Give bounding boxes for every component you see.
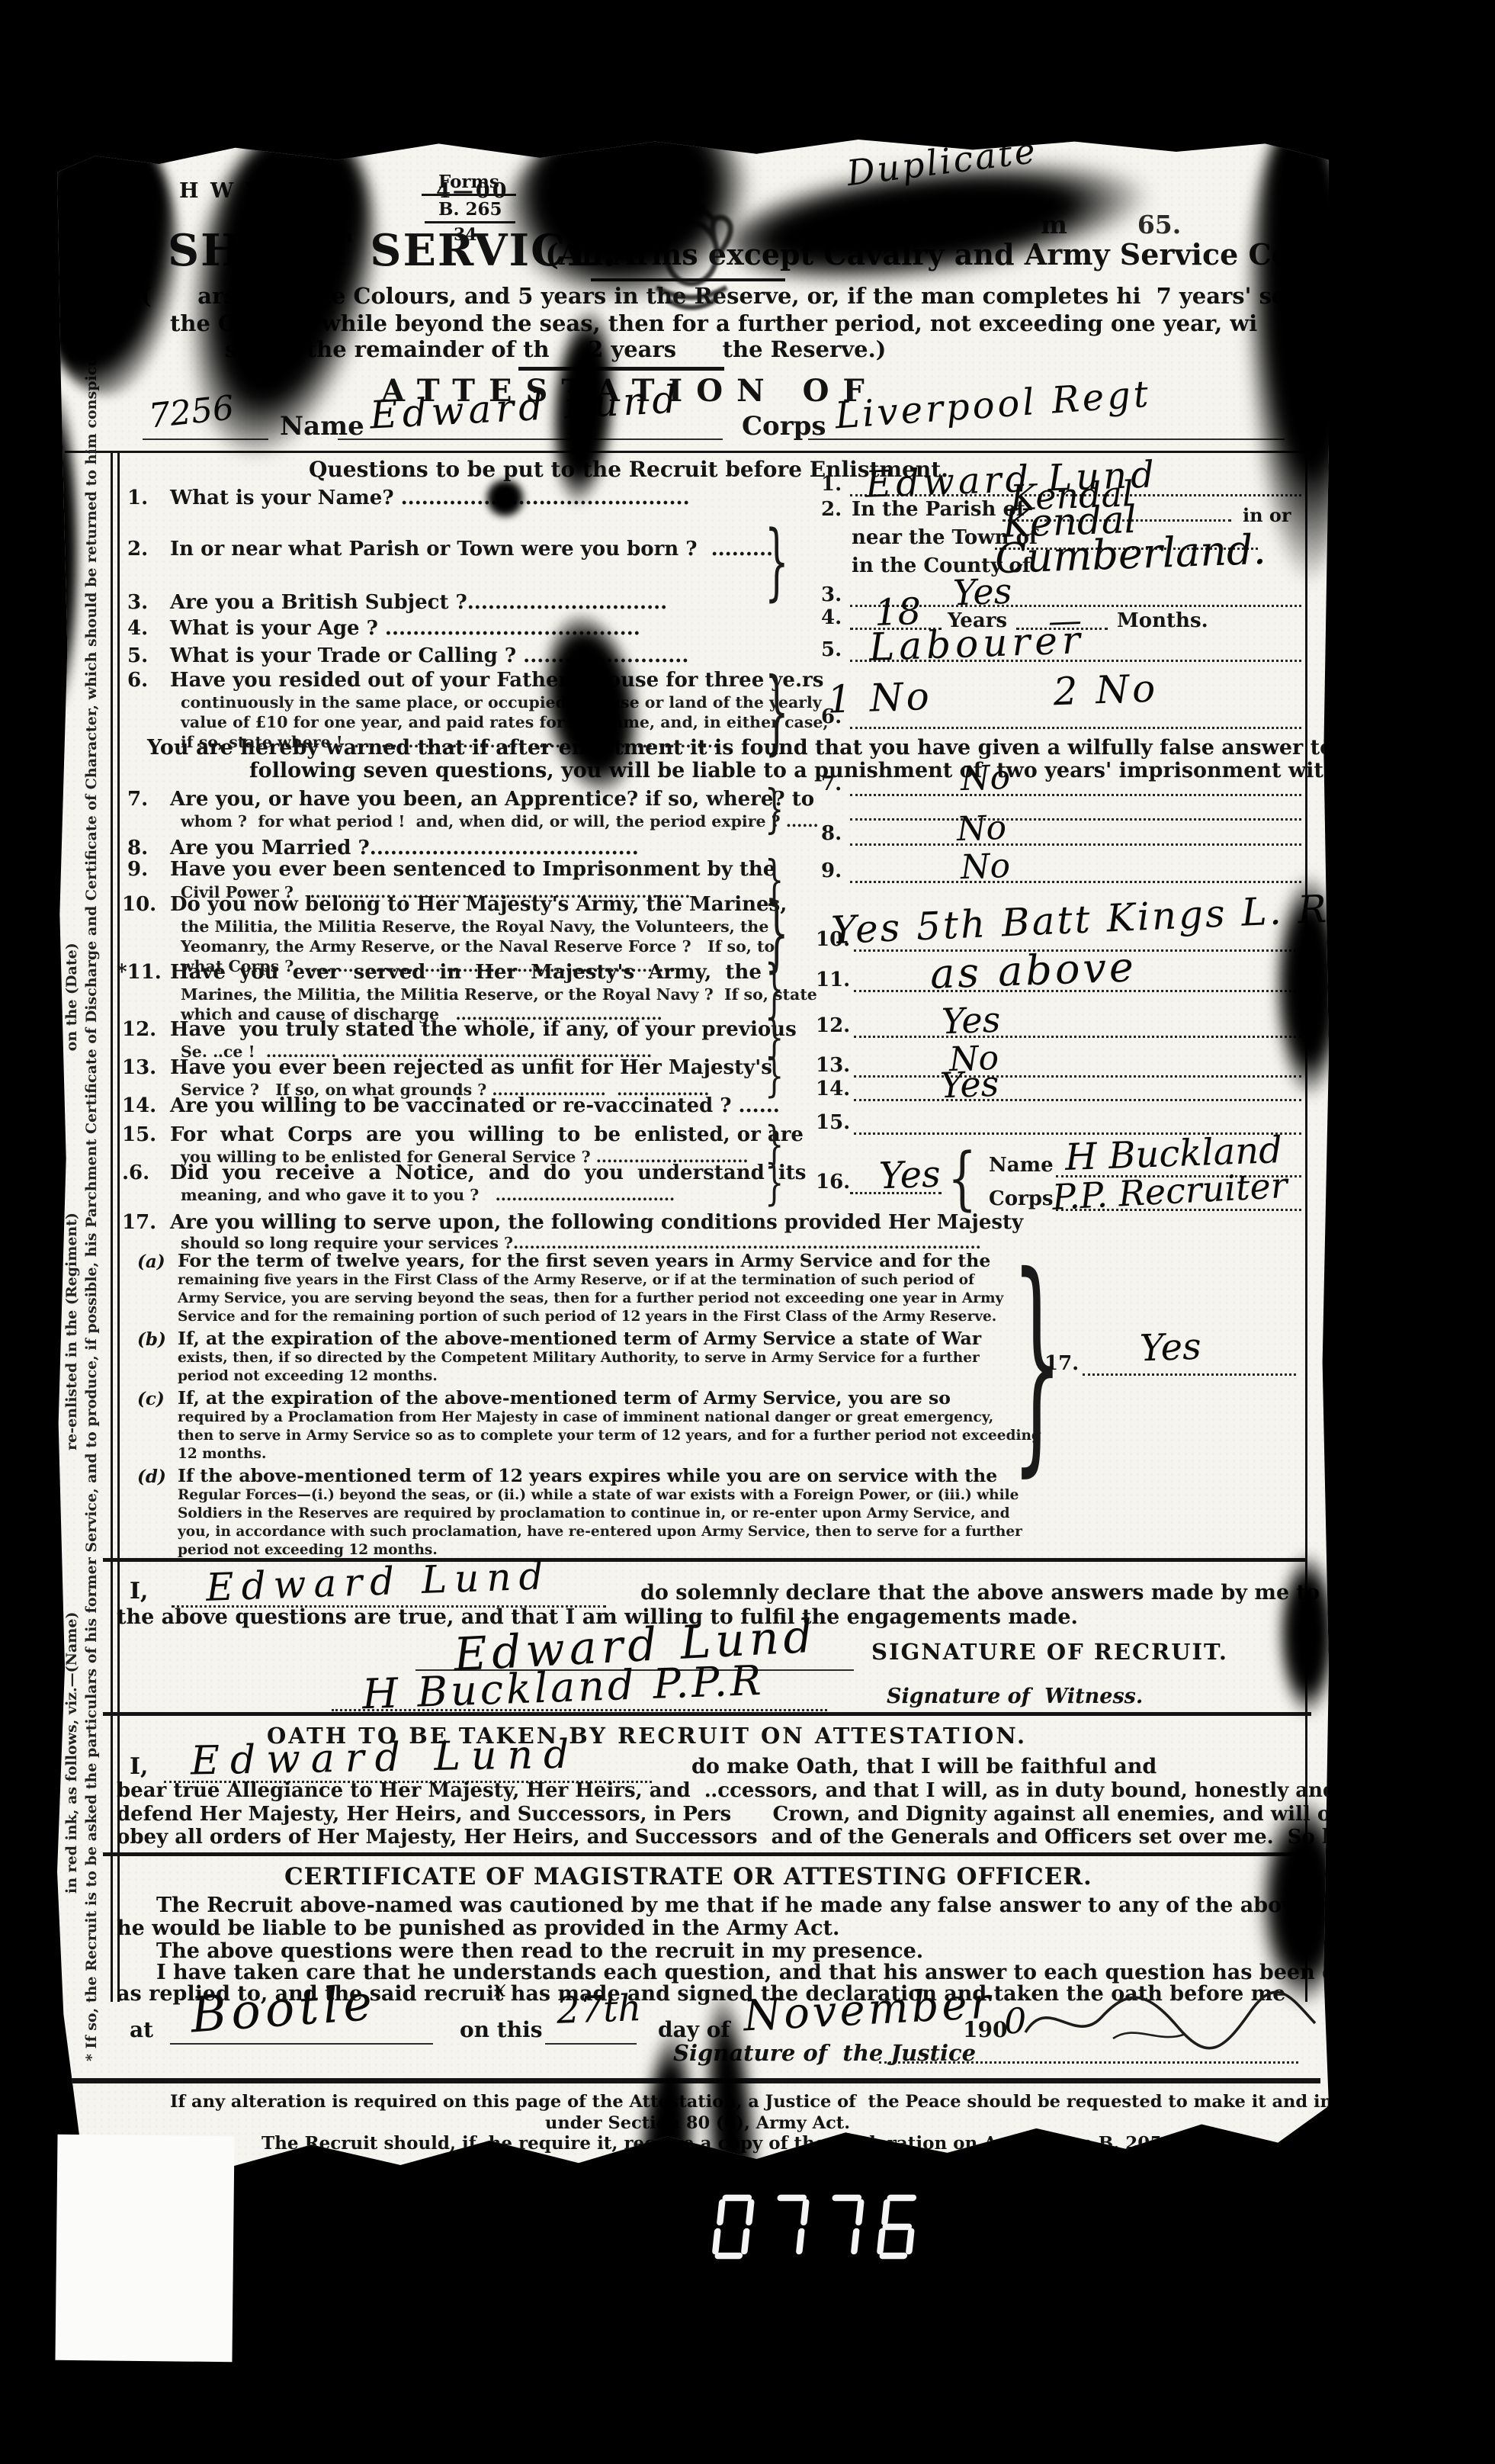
a16-corps-label: Corps: [989, 1187, 1054, 1210]
counter-display: 0776: [709, 2190, 938, 2270]
q13-text: Have you ever been rejected as unfit for…: [170, 1056, 772, 1079]
a13-line: [854, 1075, 1301, 1078]
q7-text: Are you, or have you been, an Apprentice…: [170, 788, 814, 811]
cert-at-label: at: [130, 2017, 153, 2042]
signature-of-witness-label: Signature of Witness.: [887, 1685, 1143, 1708]
a9-value: No: [960, 846, 1011, 887]
q17-num: 17.: [122, 1211, 156, 1234]
cert-p2: The above questions were then read to th…: [156, 1939, 923, 1963]
a12-line: [854, 1036, 1301, 1038]
q8-text: Are you Married ?.......................…: [170, 837, 639, 859]
q8-num: 8.: [127, 837, 148, 859]
ink-blot-right-cert: [1258, 1794, 1342, 2008]
a14-value: Yes: [939, 1063, 999, 1107]
scanned-attestation-page: { "glyphs": {"rbrace": "}", "lbrace": "{…: [0, 0, 1495, 2464]
cond-a-1: remaining five years in the First Class …: [178, 1272, 974, 1288]
q6-sub1: continuously in the same place, or occup…: [181, 693, 822, 712]
a8-value: No: [956, 808, 1007, 849]
cond-c-letter: (c): [137, 1389, 165, 1409]
q3-num: 3.: [127, 591, 148, 614]
q5-num: 5.: [127, 644, 148, 667]
a16-brace: {: [948, 1145, 977, 1213]
q6-sub2: value of £10 for one year, and paid rate…: [181, 713, 829, 731]
name-underline: [338, 439, 723, 440]
q9-num: 9.: [127, 858, 148, 881]
a16-num: 16.: [816, 1171, 850, 1193]
cond-a-2: Army Service, you are serving beyond the…: [178, 1290, 1003, 1306]
cond-d-3: you, in accordance with such proclamatio…: [178, 1524, 1022, 1540]
corps-value: Liverpool Regt: [834, 373, 1153, 438]
oath-body-2: bear true Allegiance to Her Majesty, Her…: [117, 1779, 1445, 1802]
q16-text: Did you receive a Notice, and do you und…: [170, 1161, 806, 1184]
cond-d-lead: If the above-mentioned term of 12 years …: [178, 1465, 997, 1486]
cond-b-lead: If, at the expiration of the above-menti…: [178, 1328, 981, 1349]
ink-blot-left-edge: [38, 391, 80, 712]
q9-text: Have you ever been sentenced to Imprison…: [170, 858, 775, 881]
q1-text: What is your Name? ....................‥…: [170, 487, 690, 509]
cond-d-2: Soldiers in the Reserves are required by…: [178, 1505, 1010, 1521]
oath-body-1: do make Oath, that I will be faithful an…: [691, 1755, 1157, 1778]
cond-b-2: period not exceeding 12 months.: [178, 1368, 438, 1384]
a5-num: 5.: [821, 638, 842, 661]
q10-num: 10.: [122, 893, 156, 916]
decl-name: Edward Lund: [205, 1553, 551, 1610]
q17-text: Are you willing to serve upon, the follo…: [170, 1211, 1023, 1234]
q7-sub1: whom ? for what period ! and, when did, …: [181, 812, 819, 830]
ink-smear-duplicate: [723, 137, 1160, 302]
oath-i: I,: [130, 1753, 148, 1780]
q16-num: .6.: [122, 1161, 149, 1184]
a11-num: 11.: [816, 969, 850, 991]
q11-sub1: Marines, the Militia, the Militia Reserv…: [181, 985, 817, 1004]
a6-value: 1 No 2 No: [826, 666, 1159, 721]
decl-body-1: do solemnly declare that the above answe…: [640, 1581, 1320, 1605]
cert-day-value: 27th: [556, 1987, 642, 2032]
corps-label: Corps: [742, 411, 826, 442]
a3-num: 3.: [821, 583, 842, 606]
q10-sub2: Yeomanry, the Army Reserve, or the Naval…: [181, 937, 775, 956]
q6-text: Have you resided out of your Father's ho…: [170, 669, 823, 692]
q14-num: 14.: [122, 1094, 156, 1117]
a11-value: as above: [929, 943, 1137, 997]
a13-num: 13.: [816, 1054, 850, 1077]
footer-line-1: If any alteration is required on this pa…: [170, 2092, 1495, 2112]
box-left-rule-inner: [117, 451, 120, 2002]
forms-label: Forms: [422, 172, 516, 196]
a2-county-value: Cumberland.: [994, 525, 1267, 583]
q11-text: Have you ever served in Her Majesty's Ar…: [170, 961, 762, 984]
a7-line1: [850, 794, 1301, 796]
ink-blot-top-left-corner: [34, 120, 179, 395]
counter-digits: [709, 2190, 938, 2266]
a17-num: 17.: [1044, 1352, 1079, 1375]
declaration-top-rule: [103, 1558, 1307, 1562]
q12-num: 12.: [122, 1018, 156, 1041]
cert-onthis-label: on this: [460, 2017, 542, 2042]
a2-num: 2.: [821, 498, 842, 521]
a1-num: 1.: [821, 473, 842, 496]
q13-brace: }: [765, 1053, 784, 1099]
a17-value: Yes: [1139, 1325, 1201, 1370]
a9-line: [850, 881, 1301, 883]
terms-underline: [518, 367, 724, 371]
cert-day-line: [545, 2043, 637, 2045]
a6-line: [850, 727, 1301, 729]
cond-c-3: 12 months.: [178, 1446, 266, 1462]
footer-line-2: under Section 80 (6), Army Act.: [545, 2113, 850, 2133]
q11-num: *11.: [117, 961, 162, 984]
a7-line2: [850, 818, 1301, 821]
cert-place-value: Bootle: [189, 1975, 379, 2045]
q2-brace: }: [765, 519, 789, 603]
a16-value: Yes: [878, 1153, 941, 1198]
q10-text: Do you now belong to Her Majesty's Army,…: [170, 893, 787, 916]
ink-blot-right-mid: [1273, 872, 1346, 1100]
cond-b-1: exists, then, if so directed by the Comp…: [178, 1350, 980, 1366]
cond-c-1: required by a Proclamation from Her Maje…: [178, 1409, 993, 1425]
warning-line-2: following seven questions, you will be l…: [249, 759, 1487, 782]
box-right-rule: [1305, 451, 1307, 2002]
box-left-rule-outer: [111, 451, 113, 2002]
cert-p1a: The Recruit above-named was cautioned by…: [156, 1894, 1426, 1917]
justice-signature-scrawl: [1022, 1985, 1319, 2058]
q7-num: 7.: [127, 788, 148, 811]
q1-num: 1.: [127, 487, 148, 509]
a12-num: 12.: [816, 1014, 850, 1037]
a16-name-label: Name: [989, 1154, 1054, 1177]
certificate-top-rule: [103, 1852, 1311, 1856]
cert-place-line: [170, 2043, 433, 2045]
a3-value: Yes: [952, 570, 1012, 614]
q13-num: 13.: [122, 1056, 156, 1079]
q7-brace: }: [765, 784, 784, 836]
margin-note-line-1: * If so, the Recruit is to be asked the …: [83, 234, 100, 2061]
oath-top-rule: [103, 1712, 1311, 1716]
cond-d-letter: (d): [137, 1467, 166, 1487]
oath-name: Edward Lund: [191, 1732, 580, 1785]
ink-blot-right-lower: [1277, 1550, 1338, 1718]
cond-d-1: Regular Forces—(i.) beyond the seas, or …: [178, 1487, 1019, 1503]
q12-text: Have you truly stated the whole, if any,…: [170, 1018, 797, 1041]
q16-sub1: meaning, and who gave it to you ? ......…: [181, 1186, 675, 1204]
signature-of-recruit-label: SIGNATURE OF RECRUIT.: [871, 1639, 1228, 1665]
a9-num: 9.: [821, 859, 842, 882]
a5-value: Labourer: [868, 618, 1086, 670]
a14-num: 14.: [816, 1078, 850, 1100]
decl-i: I,: [130, 1578, 148, 1605]
q3-text: Are you a British Subject ?.............…: [170, 591, 667, 614]
q10-sub1: the Militia, the Militia Reserve, the Ro…: [181, 917, 768, 936]
a7-value: No: [960, 758, 1011, 798]
cond-a-letter: (a): [137, 1251, 165, 1272]
cert-caret-mark: x: [492, 1976, 506, 2003]
oath-body-3: defend Her Majesty, Her Heirs, and Succe…: [117, 1803, 1451, 1826]
q14-text: Are you willing to be vaccinated or re-v…: [170, 1094, 780, 1117]
a15-num: 15.: [816, 1111, 850, 1134]
cond-c-lead: If, at the expiration of the above-menti…: [178, 1387, 951, 1409]
q15-text: For what Corps are you willing to be enl…: [170, 1123, 804, 1146]
certificate-title: CERTIFICATE OF MAGISTRATE OR ATTESTING O…: [284, 1863, 1092, 1891]
warning-line-1: You are hereby warned that if after enli…: [147, 736, 1455, 760]
forms-number: B. 265: [425, 199, 515, 223]
q15-num: 15.: [122, 1123, 156, 1146]
cond-d-4: period not exceeding 12 months.: [178, 1542, 438, 1558]
cond-a-3: Service and for the remaining portion of…: [178, 1309, 996, 1325]
a17-line: [1083, 1373, 1296, 1376]
a4-num: 4.: [821, 606, 842, 629]
cond-b-letter: (b): [137, 1329, 166, 1350]
a8-line: [850, 843, 1301, 846]
q16-brace: }: [765, 1158, 784, 1207]
ink-speck-q1: [484, 475, 526, 521]
white-tab: [55, 2135, 234, 2362]
q2-text: In or near what Parish or Town were you …: [170, 538, 773, 561]
q4-num: 4.: [127, 617, 148, 640]
q2-num: 2.: [127, 538, 148, 561]
margin-note-line-2: in red ink, as follows, viz.—(Name) re-e…: [63, 943, 80, 1894]
ink-streak-bottom-1: [631, 2022, 702, 2283]
a8-num: 8.: [821, 822, 842, 845]
q6-num: 6.: [127, 669, 148, 692]
a7-num: 7.: [821, 773, 842, 795]
a4-months-label: Months.: [1117, 609, 1208, 632]
ink-blot-top-right-edge: [1243, 117, 1357, 589]
cond-c-2: then to serve in Army Service so as to c…: [178, 1428, 1041, 1444]
cert-p1b: he would be liable to be punished as pro…: [117, 1916, 839, 1940]
cond-a-lead: For the term of twelve years, for the fi…: [178, 1250, 990, 1271]
attestation-form-sheet: H W V 100 4—00 Forms B. 265 34 Duplicate…: [57, 140, 1329, 2177]
questions-title: Questions to be put to the Recruit befor…: [309, 457, 948, 482]
a12-value: Yes: [941, 999, 1001, 1042]
a14-line: [854, 1099, 1301, 1101]
corps-underline: [808, 439, 1285, 440]
